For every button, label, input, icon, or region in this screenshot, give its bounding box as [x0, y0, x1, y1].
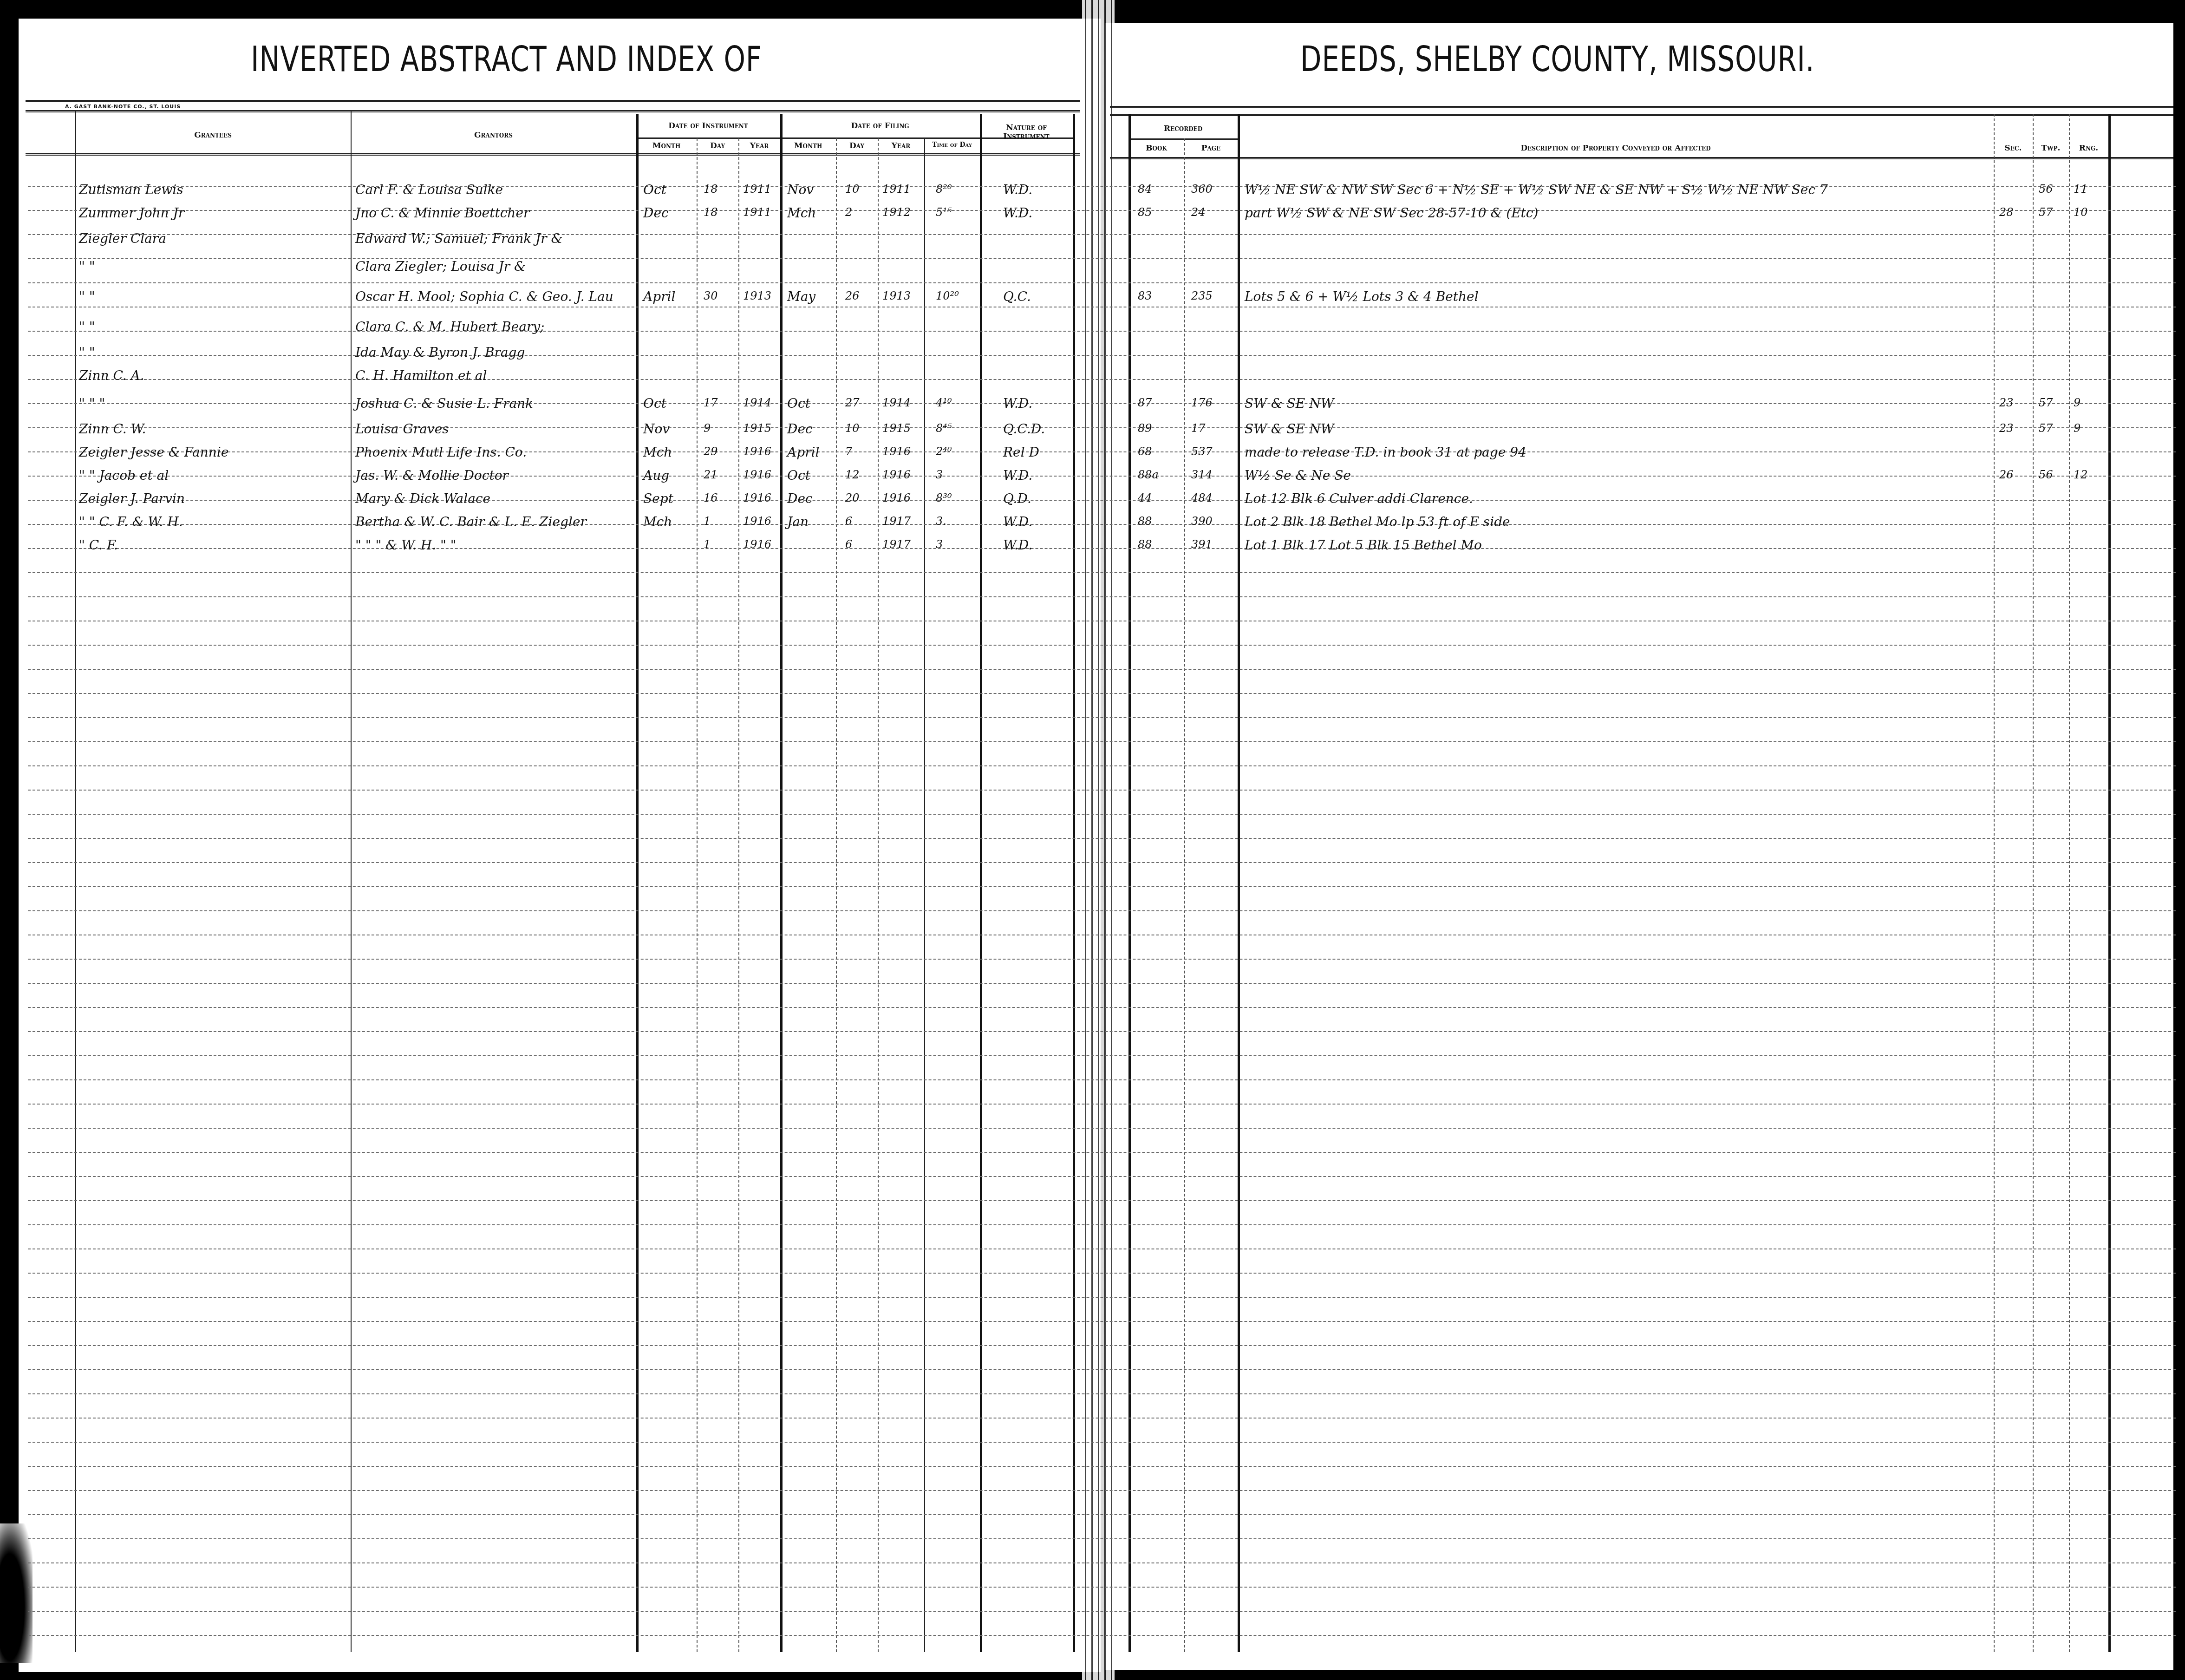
ruled-line [28, 983, 2176, 984]
file-day-cell: 10 [845, 183, 860, 195]
header-description: Description of Property Conveyed or Affe… [1238, 144, 1994, 153]
ruled-line [28, 331, 2176, 332]
inst-month-cell: Oct [643, 397, 666, 410]
time-of-day-cell: 3 [936, 469, 943, 480]
header-grantees: Grantees [75, 131, 351, 140]
grantor-cell: Ida May & Byron J. Bragg [355, 346, 525, 359]
col-line-date-instrument [636, 114, 639, 1652]
description-cell: W½ NE SW & NW SW Sec 6 + N½ SE + W½ SW N… [1245, 183, 1828, 196]
inst-year-cell: 1916 [743, 492, 771, 503]
grantor-cell: C. H. Hamilton et al [355, 369, 487, 382]
header-rng: Rng. [2069, 144, 2108, 153]
nature-cell: Q.D. [1003, 492, 1031, 505]
twp-cell: 56 [2039, 469, 2053, 480]
sec-cell: 23 [1999, 423, 2014, 434]
ruled-line [28, 645, 2176, 646]
sec-cell: 23 [1999, 397, 2014, 408]
ruled-line [28, 959, 2176, 960]
ruled-line [28, 1587, 2176, 1588]
twp-cell: 56 [2039, 183, 2053, 195]
ruled-line [28, 1321, 2176, 1322]
inst-month-cell: Mch [643, 446, 672, 459]
ruled-line [28, 234, 2176, 235]
grantee-cell: Zutisman Lewis [79, 183, 183, 196]
grantee-cell: " " [79, 290, 95, 303]
book-cell: 85 [1138, 207, 1152, 218]
ruled-line [28, 693, 2176, 694]
ruled-line [28, 186, 2176, 187]
description-cell: Lot 1 Blk 17 Lot 5 Blk 15 Bethel Mo [1245, 539, 1482, 552]
ruled-line [28, 1562, 2176, 1563]
header-date-of-filing: Date of Filing [780, 122, 980, 131]
header-file-year: Year [878, 142, 924, 150]
time-of-day-cell: 10²⁰ [936, 290, 959, 301]
col-line-file-day [836, 138, 837, 1652]
inst-month-cell: Aug [643, 469, 669, 482]
sec-cell: 28 [1999, 207, 2014, 218]
ruled-line [28, 282, 2176, 283]
header-date-of-instrument: Date of Instrument [636, 122, 780, 131]
page-title-left: INVERTED ABSTRACT AND INDEX OF [251, 39, 762, 79]
book-cell: 84 [1138, 183, 1152, 195]
col-line-grantors [351, 110, 352, 1652]
rng-cell: 9 [2074, 397, 2081, 408]
ruled-line [28, 1152, 2176, 1153]
col-line-book [1128, 114, 1131, 1652]
header-twp: Twp. [2033, 144, 2069, 153]
inst-month-cell: April [643, 290, 675, 303]
book-cell: 44 [1138, 492, 1152, 503]
header-time-of-day: Time of Day [924, 142, 980, 149]
grantee-cell: " " C. F. & W. H. [79, 516, 183, 529]
col-line-twp [2033, 114, 2034, 1652]
ruled-line [28, 1128, 2176, 1129]
ruled-line [28, 765, 2176, 766]
page-cell: 17 [1191, 423, 1206, 434]
col-line-sec [1994, 114, 1995, 1652]
inst-day-cell: 17 [704, 397, 718, 408]
ruled-line [28, 1104, 2176, 1105]
ruled-line [28, 355, 2176, 356]
ruled-line [28, 621, 2176, 621]
ruled-line [28, 451, 2176, 452]
file-day-cell: 7 [845, 446, 852, 457]
page-cell: 484 [1191, 492, 1213, 503]
col-line-inst-day [697, 138, 698, 1652]
grantor-cell: Jas. W. & Mollie Doctor [355, 469, 509, 482]
file-day-cell: 26 [845, 290, 860, 301]
nature-cell: W.D. [1003, 469, 1032, 482]
inst-day-cell: 18 [704, 207, 718, 218]
file-month-cell: Oct [787, 469, 810, 482]
header-file-month: Month [780, 142, 836, 150]
inst-day-cell: 1 [704, 516, 711, 527]
time-of-day-cell: 8⁴⁵ [936, 423, 952, 434]
header-book: Book [1128, 144, 1184, 153]
twp-cell: 57 [2039, 207, 2053, 218]
ruled-line [28, 1055, 2176, 1056]
ruled-line [28, 307, 2176, 307]
description-cell: Lot 2 Blk 18 Bethel Mo lp 53 ft of E sid… [1245, 516, 1510, 529]
file-year-cell: 1912 [882, 207, 911, 218]
inst-year-cell: 1911 [743, 183, 771, 195]
grantee-cell: Zeigler Jesse & Fannie [79, 446, 228, 459]
file-day-cell: 10 [845, 423, 860, 434]
inst-month-cell: Dec [643, 207, 669, 220]
ruled-line [28, 886, 2176, 887]
description-cell: Lots 5 & 6 + W½ Lots 3 & 4 Bethel [1245, 290, 1479, 303]
ruled-line [28, 1635, 2176, 1636]
header-top-rule-left-2 [26, 110, 1080, 112]
right-ledger-page [1105, 23, 2173, 1670]
ruled-line [28, 1369, 2176, 1370]
inst-year-cell: 1916 [743, 469, 771, 480]
file-month-cell: Nov [787, 183, 814, 196]
col-line-rng [2069, 114, 2070, 1652]
page-cell: 314 [1191, 469, 1213, 480]
description-cell: made to release T.D. in book 31 at page … [1245, 446, 1526, 459]
grantor-cell: " " " & W. H. " " [355, 539, 457, 552]
inst-year-cell: 1916 [743, 539, 771, 550]
inst-year-cell: 1914 [743, 397, 771, 408]
inst-year-cell: 1915 [743, 423, 771, 434]
file-month-cell: Oct [787, 397, 810, 410]
book-cell: 87 [1138, 397, 1152, 408]
description-cell: part W½ SW & NE SW Sec 28-57-10 & (Etc) [1245, 207, 1538, 220]
ruled-line [28, 1490, 2176, 1491]
header-grantors: Grantors [351, 131, 636, 140]
col-line-margin [75, 110, 76, 1652]
grantor-cell: Louisa Graves [355, 423, 449, 436]
ruled-line [28, 814, 2176, 815]
ruled-line [28, 427, 2176, 428]
ruled-line [28, 862, 2176, 863]
inst-day-cell: 21 [704, 469, 718, 480]
grantee-cell: Ziegler Clara [79, 232, 166, 245]
inst-year-cell: 1916 [743, 516, 771, 527]
inst-month-cell: Nov [643, 423, 670, 436]
time-of-day-cell: 4¹⁰ [936, 397, 952, 408]
ruled-line [28, 258, 2176, 259]
inst-month-cell: Sept [643, 492, 673, 505]
time-of-day-cell: 3 [936, 539, 943, 550]
grantor-cell: Clara C. & M. Hubert Beary; [355, 320, 545, 333]
file-month-cell: Dec [787, 492, 813, 505]
page-title-right: DEEDS, SHELBY COUNTY, MISSOURI. [1300, 39, 1814, 79]
col-line-date-filing [780, 114, 783, 1652]
ruled-line [28, 935, 2176, 935]
file-month-cell: Jan [787, 516, 809, 529]
time-of-day-cell: 5¹⁵ [936, 207, 952, 218]
left-ledger-page [19, 19, 1101, 1672]
grantee-cell: " " Jacob et al [79, 469, 169, 482]
inst-month-cell: Mch [643, 516, 672, 529]
ruled-line [28, 669, 2176, 670]
inst-day-cell: 1 [704, 539, 711, 550]
ruled-line [28, 1611, 2176, 1612]
rng-cell: 9 [2074, 423, 2081, 434]
book-cell: 89 [1138, 423, 1152, 434]
ruled-line [28, 1031, 2176, 1032]
ruled-line [28, 524, 2176, 525]
file-month-cell: May [787, 290, 815, 303]
page-cell: 360 [1191, 183, 1213, 195]
page-cell: 390 [1191, 516, 1213, 527]
file-year-cell: 1911 [882, 183, 911, 195]
grantee-cell: " " [79, 346, 95, 359]
ruled-line [28, 1418, 2176, 1419]
file-year-cell: 1916 [882, 469, 911, 480]
ruled-line [28, 790, 2176, 791]
page-cell: 537 [1191, 446, 1213, 457]
ruled-line [28, 500, 2176, 501]
nature-cell: W.D. [1003, 207, 1032, 220]
grantor-cell: Mary & Dick Walace [355, 492, 490, 505]
inst-day-cell: 29 [704, 446, 718, 457]
twp-cell: 57 [2039, 397, 2053, 408]
nature-cell: Q.C. [1003, 290, 1031, 303]
file-year-cell: 1916 [882, 446, 911, 457]
ruled-line [28, 1273, 2176, 1274]
ruled-line [28, 1514, 2176, 1515]
ruled-line [28, 910, 2176, 911]
file-day-cell: 20 [845, 492, 860, 503]
time-of-day-cell: 2⁴⁰ [936, 446, 952, 457]
header-top-rule-right-2 [1110, 114, 2173, 116]
sec-cell: 26 [1999, 469, 2014, 480]
file-day-cell: 12 [845, 469, 860, 480]
file-year-cell: 1914 [882, 397, 911, 408]
col-line-inst-year [738, 138, 739, 1652]
ruled-line [28, 548, 2176, 549]
ruled-line [28, 1393, 2176, 1394]
grantor-cell: Oscar H. Mool; Sophia C. & Geo. J. Lau [355, 290, 613, 303]
file-year-cell: 1917 [882, 516, 911, 527]
twp-cell: 57 [2039, 423, 2053, 434]
inst-year-cell: 1913 [743, 290, 771, 301]
page-cell: 235 [1191, 290, 1213, 301]
ruled-line [28, 403, 2176, 404]
time-of-day-cell: 3. [936, 516, 946, 527]
grantor-cell: Bertha & W. C. Bair & L. E. Ziegler [355, 516, 587, 529]
rng-cell: 12 [2074, 469, 2088, 480]
header-bottom-rule-left [26, 153, 1080, 156]
book-cell: 88 [1138, 539, 1152, 550]
grantee-cell: Zinn C. A. [79, 369, 144, 382]
inst-month-cell: Oct [643, 183, 666, 196]
ruled-line [28, 596, 2176, 597]
ruled-line [28, 572, 2176, 573]
ruled-line [28, 1538, 2176, 1539]
col-line-page [1184, 138, 1185, 1652]
file-day-cell: 6 [845, 539, 852, 550]
file-year-cell: 1913 [882, 290, 911, 301]
ruled-line [28, 1224, 2176, 1225]
col-line-last [2108, 114, 2111, 1652]
grantee-cell: " " " [79, 397, 105, 410]
ruled-line [28, 1466, 2176, 1467]
book-gutter [1082, 0, 1115, 1680]
ruled-line [28, 1176, 2176, 1177]
book-cell: 88 [1138, 516, 1152, 527]
header-inst-year: Year [738, 142, 780, 150]
nature-cell: W.D. [1003, 516, 1032, 529]
nature-cell: W.D. [1003, 183, 1032, 196]
nature-cell: Rel D [1003, 446, 1039, 459]
file-day-cell: 27 [845, 397, 860, 408]
ruled-line [28, 1345, 2176, 1346]
book-cell: 88a [1138, 469, 1159, 480]
grantor-cell: Clara Ziegler; Louisa Jr & [355, 260, 526, 273]
file-month-cell: Dec [787, 423, 813, 436]
header-inst-month: Month [636, 142, 697, 150]
description-cell: SW & SE NW [1245, 423, 1334, 436]
grantor-cell: Jno C. & Minnie Boettcher [355, 207, 529, 220]
file-day-cell: 6 [845, 516, 852, 527]
ruled-line [28, 210, 2176, 211]
header-nature-of-instrument: Nature of Instrument [989, 124, 1063, 141]
inst-day-cell: 30 [704, 290, 718, 301]
rng-cell: 10 [2074, 207, 2088, 218]
ruled-line [28, 1249, 2176, 1249]
file-month-cell: Mch [787, 207, 816, 220]
ruled-line [28, 1442, 2176, 1443]
time-of-day-cell: 8²⁰ [936, 183, 952, 195]
grantee-cell: Zeigler J. Parvin [79, 492, 185, 505]
file-year-cell: 1917 [882, 539, 911, 550]
description-cell: Lot 12 Blk 6 Culver addi Clarence. [1245, 492, 1473, 505]
ruled-line [28, 717, 2176, 718]
file-month-cell: April [787, 446, 819, 459]
grantor-cell: Edward W.; Samuel; Frank Jr & [355, 232, 563, 245]
header-file-day: Day [836, 142, 878, 150]
grantor-cell: Joshua C. & Susie L. Frank [355, 397, 533, 410]
inst-year-cell: 1911 [743, 207, 771, 218]
header-top-rule-left [26, 100, 1080, 102]
header-bottom-rule-right [1110, 157, 2173, 159]
ruled-line [28, 838, 2176, 839]
file-year-cell: 1915 [882, 423, 911, 434]
grantee-cell: " " [79, 320, 95, 333]
grantor-cell: Phoenix Mutl Life Ins. Co. [355, 446, 527, 459]
rng-cell: 11 [2074, 183, 2088, 195]
ruled-line [28, 379, 2176, 380]
description-cell: SW & SE NW [1245, 397, 1334, 410]
time-of-day-cell: 8³⁰ [936, 492, 952, 503]
grantee-cell: Zummer John Jr [79, 207, 184, 220]
header-top-rule-right [1110, 106, 2173, 108]
file-day-cell: 2 [845, 207, 852, 218]
page-cell: 391 [1191, 539, 1213, 550]
col-line-nature [980, 114, 982, 1652]
page-edge-stain [0, 1523, 33, 1663]
ruled-line [28, 476, 2176, 477]
page-cell: 24 [1191, 207, 1206, 218]
book-cell: 83 [1138, 290, 1152, 301]
ruled-line [28, 1007, 2176, 1008]
page-cell: 176 [1191, 397, 1213, 408]
book-cell: 68 [1138, 446, 1152, 457]
printer-imprint: A. GAST BANK-NOTE CO., ST. LOUIS [65, 104, 181, 110]
header-sec: Sec. [1994, 144, 2033, 153]
col-line-description [1238, 114, 1240, 1652]
header-recorded: Recorded [1128, 124, 1238, 133]
inst-day-cell: 16 [704, 492, 718, 503]
grantee-cell: Zinn C. W. [79, 423, 146, 436]
grantee-cell: " C. F. [79, 539, 118, 552]
grantor-cell: Carl F. & Louisa Sulke [355, 183, 503, 196]
col-line-time [924, 138, 925, 1652]
description-cell: W½ Se & Ne Se [1245, 469, 1351, 482]
file-year-cell: 1916 [882, 492, 911, 503]
ruled-line [28, 1297, 2176, 1298]
ruled-line [28, 1200, 2176, 1201]
ruled-line [28, 741, 2176, 742]
col-line-nature-end [1073, 114, 1075, 1652]
header-inst-day: Day [697, 142, 738, 150]
grantee-cell: " " [79, 260, 95, 273]
nature-cell: W.D. [1003, 397, 1032, 410]
header-page: Page [1184, 144, 1238, 153]
inst-day-cell: 18 [704, 183, 718, 195]
nature-cell: W.D. [1003, 539, 1032, 552]
inst-day-cell: 9 [704, 423, 711, 434]
ruled-line [28, 1079, 2176, 1080]
col-line-file-year [878, 138, 879, 1652]
inst-year-cell: 1916 [743, 446, 771, 457]
nature-cell: Q.C.D. [1003, 423, 1045, 436]
